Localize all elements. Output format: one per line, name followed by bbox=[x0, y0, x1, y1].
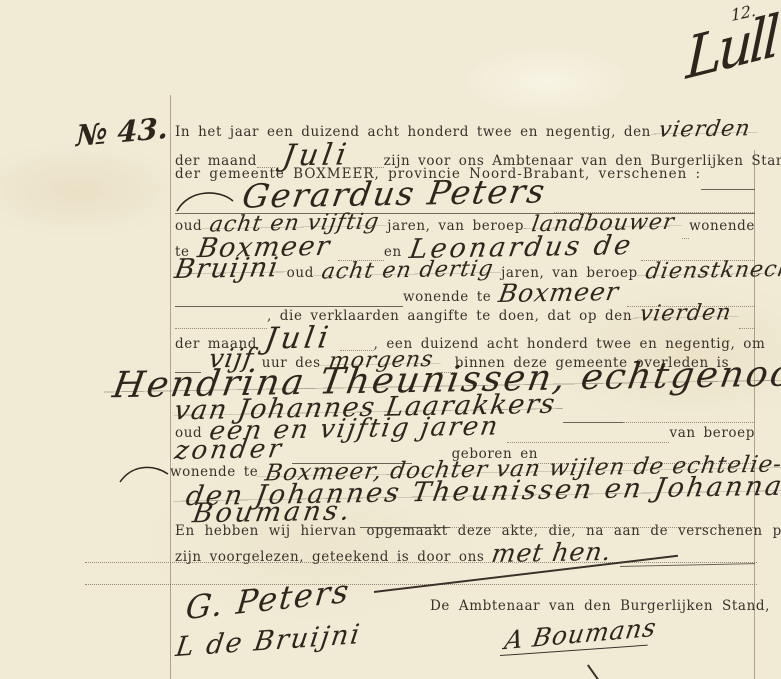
printed-text: wonende te bbox=[170, 464, 258, 480]
ink-flourish bbox=[175, 187, 235, 213]
ink-stroke-bottom bbox=[587, 664, 599, 679]
form-line-1: In het jaar een duizend acht honderd twe… bbox=[175, 121, 755, 145]
official-title: De Ambtenaar van den Burgerlijken Stand, bbox=[430, 600, 770, 614]
handwritten-signing-note: met hen. bbox=[483, 542, 622, 564]
handwritten-deceased-occupation: zonder bbox=[173, 439, 293, 462]
ink-flourish bbox=[118, 462, 170, 484]
form-line-9: , die verklaarden aangifte te doen, dat … bbox=[175, 305, 755, 329]
death-certificate: 12. Lull № 43. In het jaar een duizend a… bbox=[0, 0, 781, 679]
form-line-7: Bruijni oud acht en dertig jaren, van be… bbox=[175, 258, 755, 282]
ink-paraph: Lull bbox=[685, 8, 777, 89]
handwritten-mother-surname: Boumans. bbox=[173, 500, 362, 525]
printed-text: van beroep bbox=[669, 425, 755, 441]
act-number: № 43. bbox=[76, 114, 168, 151]
printed-text: En hebben wij hiervan opgemaakt deze akt… bbox=[175, 523, 781, 539]
printed-text: wonende te bbox=[403, 289, 491, 305]
handwritten-day: vierden bbox=[649, 120, 759, 139]
handwritten-declarant2-surname: Bruijni bbox=[173, 257, 288, 281]
ruled-line bbox=[85, 562, 757, 563]
signature-official: A Boumans bbox=[503, 615, 659, 654]
form-line-2: der maand Juli zijn voor ons Ambtenaar v… bbox=[175, 144, 755, 168]
handwritten-month: Juli bbox=[255, 326, 342, 351]
handwritten-residence: Boxmeer bbox=[490, 282, 629, 304]
printed-text: wonende bbox=[689, 218, 755, 234]
printed-text: oud bbox=[287, 265, 314, 281]
handwritten-day: vierden bbox=[631, 304, 741, 323]
handwritten-month: Juli bbox=[273, 143, 360, 168]
handwritten-occupation: dienstknecht bbox=[636, 260, 781, 281]
signature-declarant2: L de Bruijni bbox=[174, 621, 363, 661]
handwritten-declarant1-name: Gerardus Peters bbox=[232, 178, 556, 210]
handwritten-age: acht en dertig bbox=[312, 260, 503, 281]
signature-declarant1: G. Peters bbox=[184, 574, 352, 624]
form-line-10: der maand Juli , een duizend acht honder… bbox=[175, 327, 755, 351]
printed-text: oud bbox=[175, 218, 202, 234]
printed-text: In het jaar een duizend acht honderd twe… bbox=[175, 124, 651, 140]
